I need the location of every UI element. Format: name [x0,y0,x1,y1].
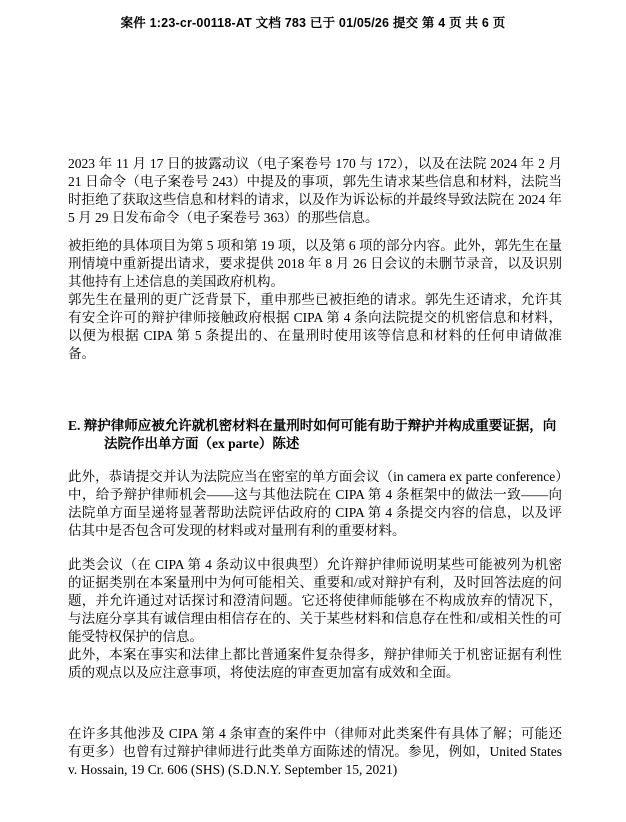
paragraph-denied-items: 被拒绝的具体项目为第 5 项和第 19 项，以及第 6 项的部分内容。此外，郭先… [68,237,562,291]
document-page: 案件 1:23-cr-00118-AT 文档 783 已于 01/05/26 提… [0,0,626,822]
paragraph-case-complexity: 此外，本案在事实和法律上都比普通案件复杂得多，辩护律师关于机密证据有利性质的观点… [68,646,562,682]
paragraph-conference-benefits: 此类会议（在 CIPA 第 4 条动议中很典型）允许辩护律师说明某些可能被列为机… [68,556,562,646]
case-filing-header: 案件 1:23-cr-00118-AT 文档 783 已于 01/05/26 提… [0,0,626,31]
paragraph-ex-parte-conference: 此外，恭请提交并认为法院应当在密室的单方面会议（in camera ex par… [68,468,562,540]
paragraph-renewed-requests: 郭先生在量刑的更广泛背景下，重申那些已被拒绝的请求。郭先生还请求，允许其有安全许… [68,291,562,363]
section-heading-e-line1: E. 辩护律师应被允许就机密材料在量刑时如何可能有助于辩护并构成重要证据，向 [68,417,562,435]
section-heading-e-line2: 法院作出单方面（ex parte）陈述 [104,435,562,453]
paragraph-disclosure-motions: 2023 年 11 月 17 日的披露动议（电子案卷号 170 与 172），以… [68,155,562,227]
section-heading-e: E. 辩护律师应被允许就机密材料在量刑时如何可能有助于辩护并构成重要证据，向 法… [68,417,562,453]
document-body: 2023 年 11 月 17 日的披露动议（电子案卷号 170 与 172），以… [68,155,562,779]
paragraph-citation-other-cases: 在许多其他涉及 CIPA 第 4 条审查的案件中（律师对此类案件有具体了解；可能… [68,725,562,779]
